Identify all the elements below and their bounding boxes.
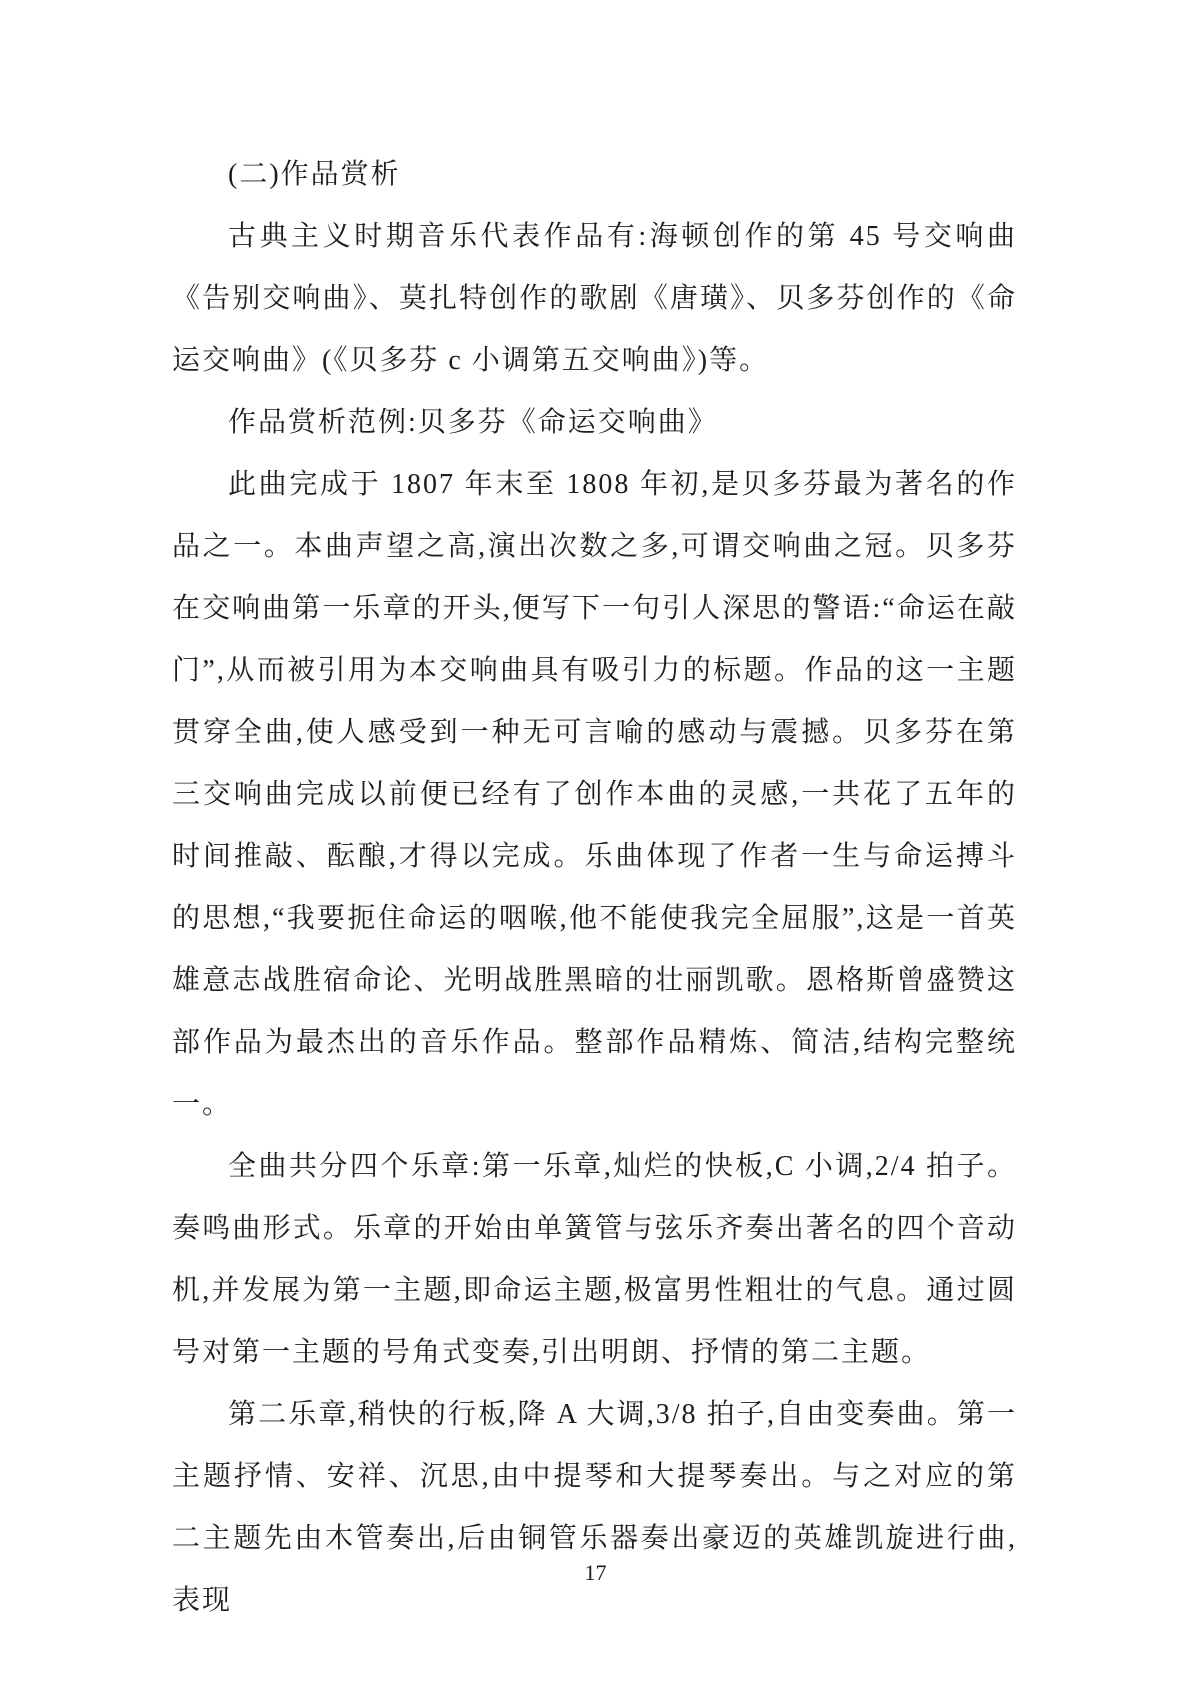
paragraph-representative-works: 古典主义时期音乐代表作品有:海顿创作的第 45 号交响曲《告别交响曲》、莫扎特创…	[172, 206, 1017, 392]
paragraph-second-movement: 第二乐章,稍快的行板,降 A 大调,3/8 拍子,自由变奏曲。第一主题抒情、安祥…	[172, 1384, 1017, 1632]
document-body: (二)作品赏析 古典主义时期音乐代表作品有:海顿创作的第 45 号交响曲《告别交…	[172, 144, 1017, 1632]
paragraph-symphony-overview: 此曲完成于 1807 年末至 1808 年初,是贝多芬最为著名的作品之一。本曲声…	[172, 454, 1017, 1136]
section-heading: (二)作品赏析	[172, 144, 1017, 206]
paragraph-first-movement: 全曲共分四个乐章:第一乐章,灿烂的快板,C 小调,2/4 拍子。奏鸣曲形式。乐章…	[172, 1136, 1017, 1384]
paragraph-example-title: 作品赏析范例:贝多芬《命运交响曲》	[172, 392, 1017, 454]
page-number: 17	[0, 1560, 1191, 1586]
document-page: (二)作品赏析 古典主义时期音乐代表作品有:海顿创作的第 45 号交响曲《告别交…	[0, 0, 1191, 1684]
